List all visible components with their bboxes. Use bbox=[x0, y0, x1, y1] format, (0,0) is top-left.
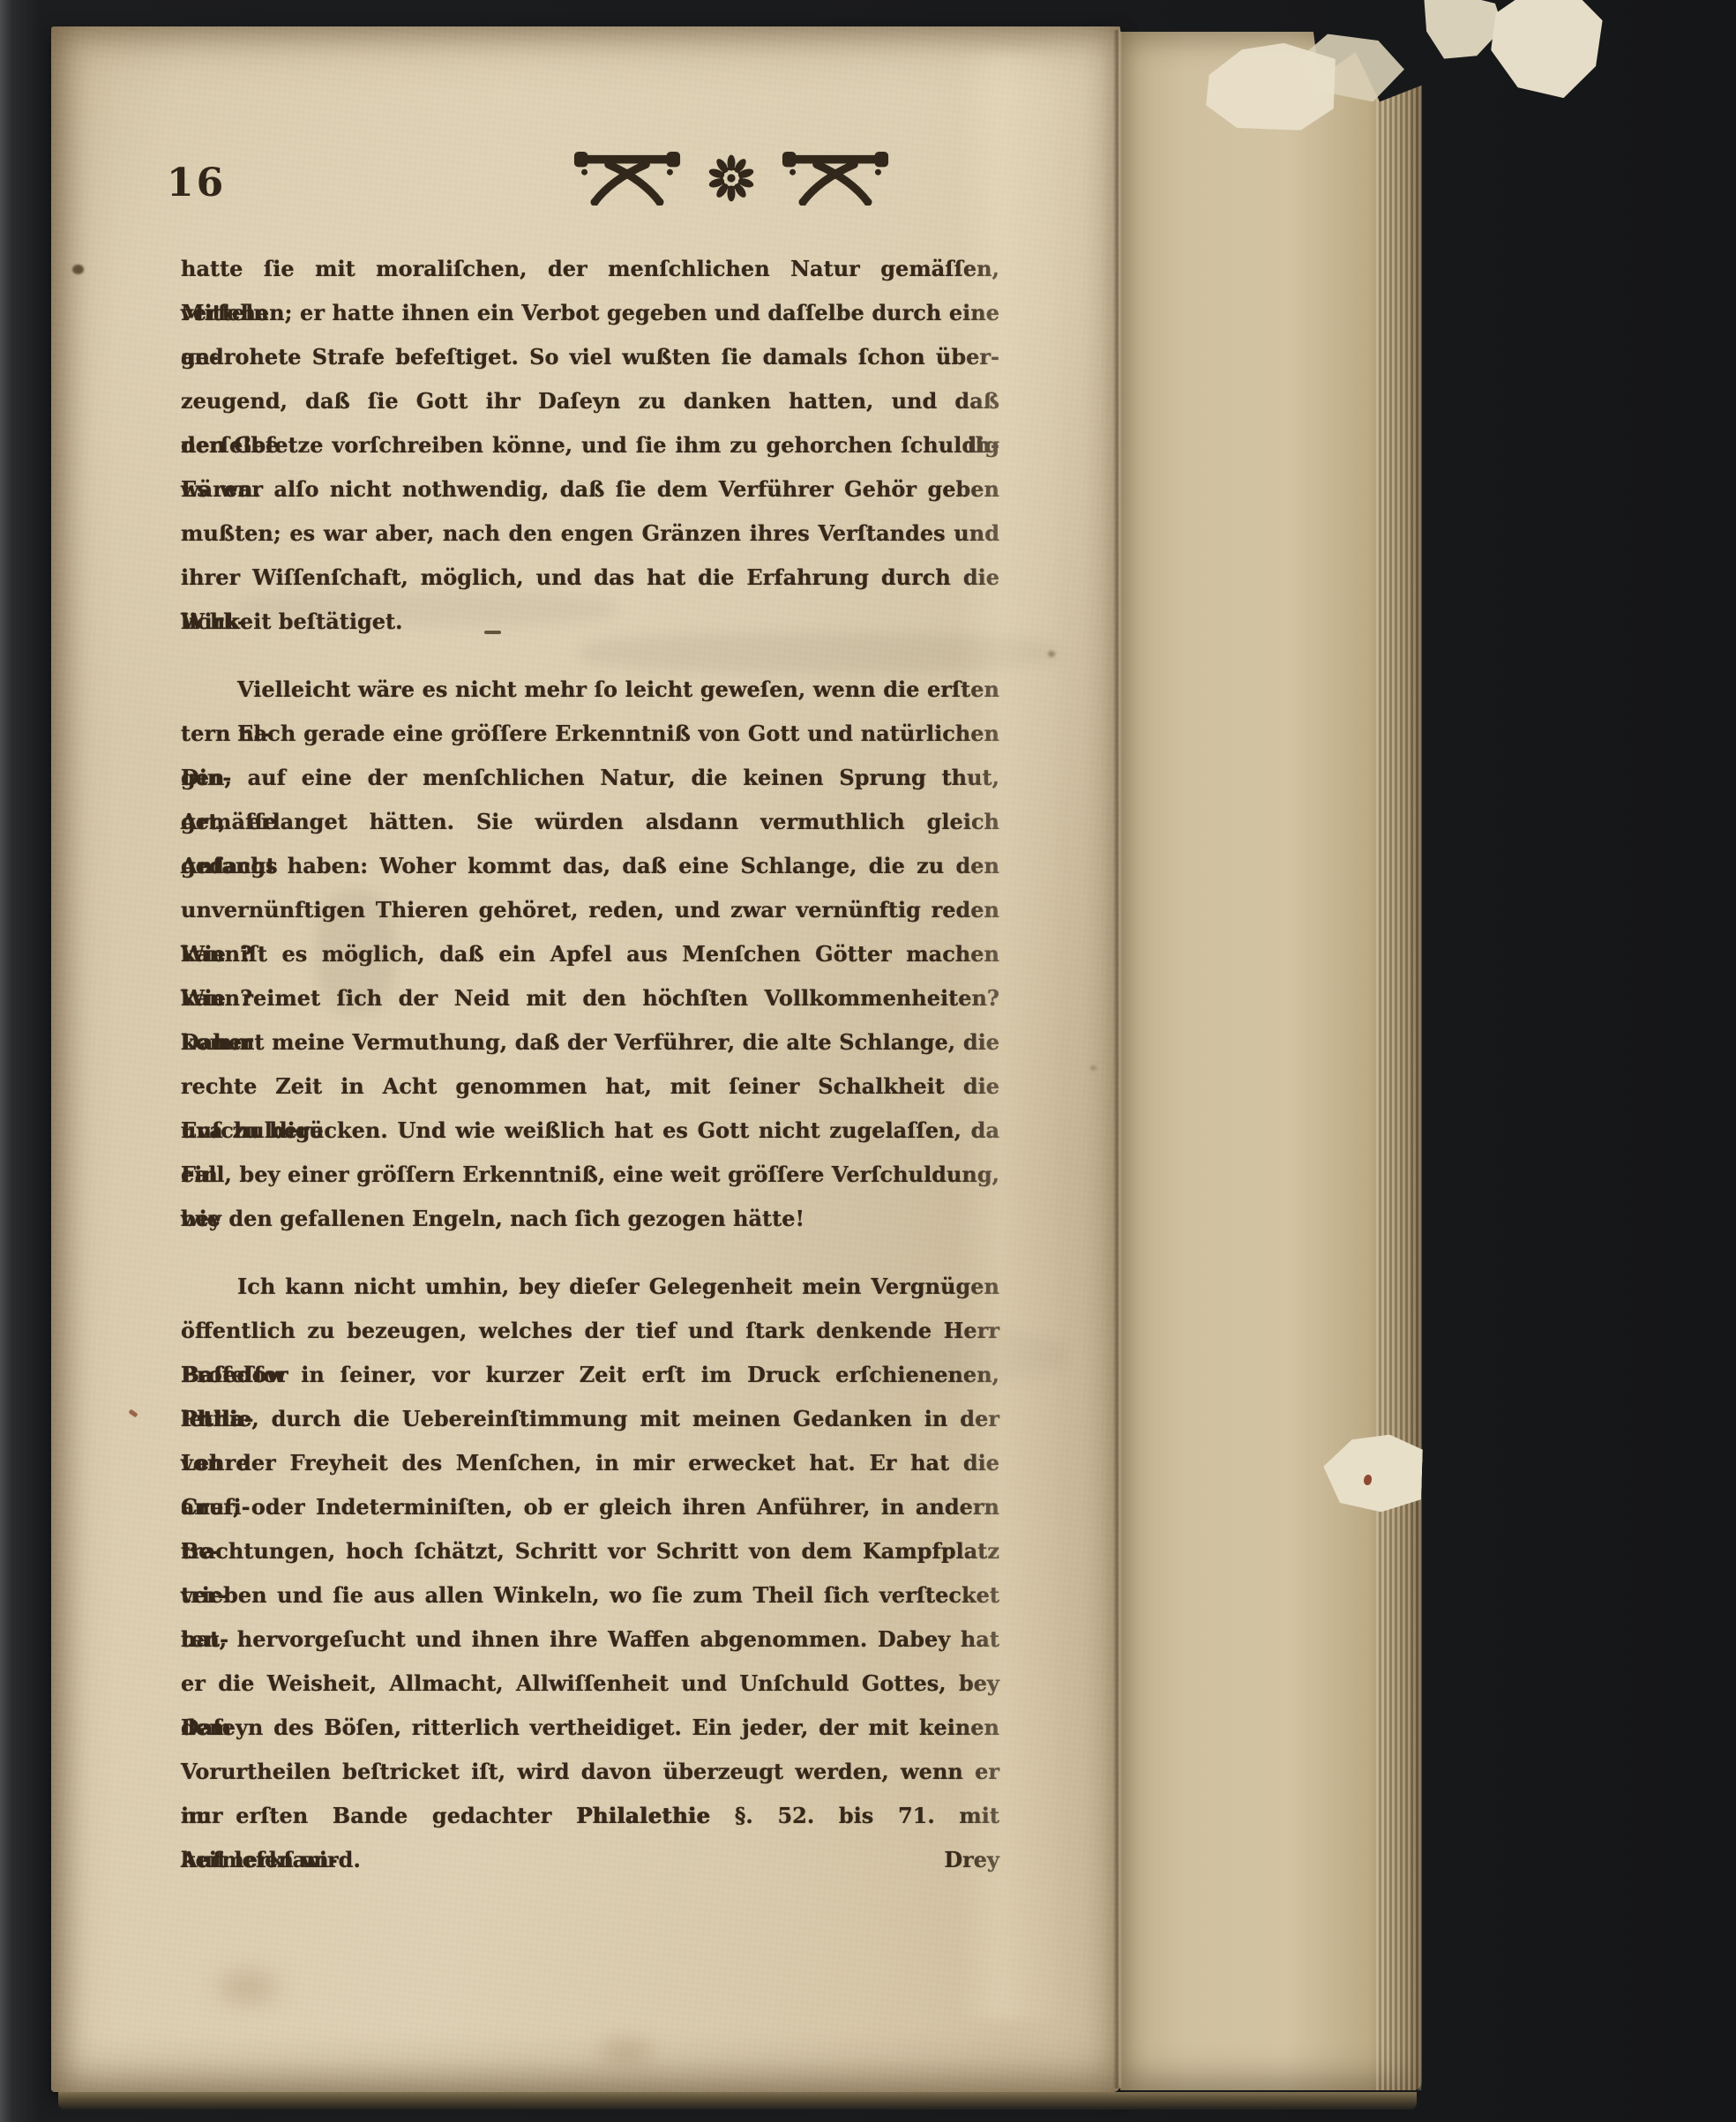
text-line: Es war alſo nicht nothwendig, daß ſie de… bbox=[181, 467, 999, 512]
text-line: hatte ſie mit moraliſchen, der menſchlic… bbox=[181, 247, 999, 291]
text-line-end: keit leſen wird. bbox=[181, 1838, 361, 1882]
text-line: ten, hervorgeſucht und ihnen ihre Waffen… bbox=[181, 1618, 999, 1662]
scan-light-band bbox=[954, 53, 1067, 2020]
floral-spray-block-icon bbox=[780, 151, 891, 205]
page-number: 16 bbox=[167, 161, 226, 205]
text-line: nen Geſetze vorſchreiben könne, und ſie … bbox=[181, 423, 999, 467]
gutter-crease bbox=[1113, 30, 1122, 2088]
paragraph: Ich kann nicht umhin, bey dieſer Gelegen… bbox=[181, 1265, 999, 1882]
text-line: tern nach gerade eine gröſſere Erkenntni… bbox=[181, 712, 999, 756]
floral-spray-block-icon bbox=[572, 151, 683, 205]
text-line: trachtungen, hoch ſchätzt, Schritt vor S… bbox=[181, 1529, 999, 1573]
text-line: von der Freyheit des Menſchen, in mir er… bbox=[181, 1441, 999, 1485]
text-line: mußten; es war aber, nach den engen Grän… bbox=[181, 512, 999, 556]
text-line: Vielleicht wäre es nicht mehr ſo leicht … bbox=[181, 668, 999, 712]
text-line: kommt meine Vermuthung, daß der Verführe… bbox=[181, 1020, 999, 1065]
text-line: bey den gefallenen Engeln, nach ſich gez… bbox=[181, 1197, 999, 1241]
text-line: Eva zu berücken. Und wie weißlich hat es… bbox=[181, 1109, 999, 1153]
foxing-spot bbox=[1048, 651, 1055, 657]
text-line: Vorurtheilen beſtricket iſt, wird davon … bbox=[181, 1750, 999, 1794]
text-line: lethie, durch die Uebereinſtimmung mit m… bbox=[181, 1397, 999, 1441]
book-bottom-pages-edge bbox=[58, 2092, 1417, 2110]
fore-edge-pages bbox=[1376, 32, 1422, 2090]
text-line: rechte Zeit in Acht genommen hat, mit ſe… bbox=[181, 1065, 999, 1109]
torn-paper-fragment bbox=[1488, 0, 1606, 101]
foxing-stain bbox=[217, 1972, 279, 2002]
text-line: zeugend, daß ſie Gott ihr Daſeyn zu dank… bbox=[181, 379, 999, 423]
paragraph: Vielleicht wäre es nicht mehr ſo leicht … bbox=[181, 668, 999, 1241]
text-line: gedacht haben: Woher kommt das, daß eine… bbox=[181, 844, 999, 888]
book-scan-scene: 16 bbox=[0, 0, 1736, 2122]
text-line: Baſedow in ſeiner, vor kurzer Zeit erſt … bbox=[181, 1353, 999, 1397]
paragraph: hatte ſie mit moraliſchen, der menſchlic… bbox=[181, 247, 999, 644]
text-line: unvernünftigen Thieren gehöret, reden, u… bbox=[181, 888, 999, 932]
adjacent-page-edge bbox=[1120, 32, 1422, 2090]
stray-dash-mark bbox=[484, 631, 501, 634]
torn-paper-fragment bbox=[1420, 0, 1506, 63]
ink-spot bbox=[72, 265, 84, 274]
text-line: lichkeit beſtätiget. bbox=[181, 600, 999, 644]
foxing-stain bbox=[600, 2041, 653, 2064]
text-line: gedrohete Strafe befeſtiget. So viel wuß… bbox=[181, 335, 999, 379]
rosette-icon bbox=[706, 153, 757, 204]
foxing-spot bbox=[1090, 1065, 1096, 1071]
paragraphs: hatte ſie mit moraliſchen, der menſchlic… bbox=[181, 247, 999, 1882]
text-block: hatte ſie mit moraliſchen, der menſchlic… bbox=[181, 247, 999, 1882]
text-line: aner, oder Indeterminiſten, ob er gleich… bbox=[181, 1485, 999, 1529]
text-line: im erſten Bande gedachter Philalethie §.… bbox=[181, 1794, 999, 1838]
text-line: verſehen; er hatte ihnen ein Verbot gege… bbox=[181, 291, 999, 335]
text-line: öffentlich zu bezeugen, welches der tief… bbox=[181, 1309, 999, 1353]
text-line: Fall, bey einer gröſſern Erkenntniß, ein… bbox=[181, 1153, 999, 1197]
text-line: ihrer Wiſſenſchaft, möglich, und das hat… bbox=[181, 556, 999, 600]
text-line: er die Weisheit, Allmacht, Allwiſſenheit… bbox=[181, 1662, 999, 1706]
text-line: gen, auf eine der menſchlichen Natur, di… bbox=[181, 756, 999, 800]
header-ornament-row bbox=[567, 150, 895, 206]
text-line: Wie iſt es möglich, daß ein Apfel aus Me… bbox=[181, 932, 999, 976]
text-line: trieben und ſie aus allen Winkeln, wo ſi… bbox=[181, 1573, 999, 1618]
text-line: Daſeyn des Böſen, ritterlich vertheidige… bbox=[181, 1706, 999, 1750]
text-line: Wie reimet ſich der Neid mit den höchſte… bbox=[181, 976, 999, 1020]
text-line: Art, erlanget hätten. Sie würden alsdann… bbox=[181, 800, 999, 844]
text-line: Ich kann nicht umhin, bey dieſer Gelegen… bbox=[181, 1265, 999, 1309]
text-line: keit leſen wird.Drey bbox=[181, 1838, 999, 1882]
